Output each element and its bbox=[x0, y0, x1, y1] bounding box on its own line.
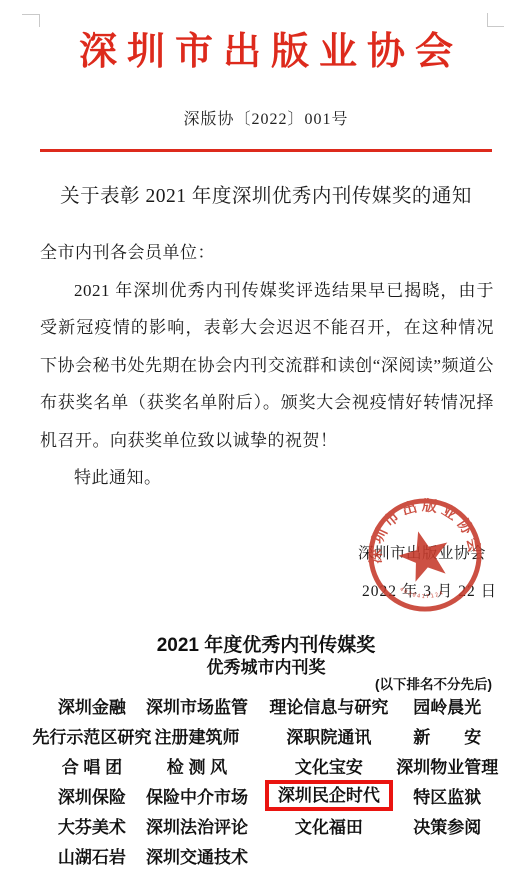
award-item-label: 决策参阅 bbox=[413, 818, 481, 837]
award-item: 山湖石岩 bbox=[58, 843, 126, 868]
award-item-label: 深职院通讯 bbox=[286, 728, 371, 747]
official-seal-stamp-icon: 深圳市出版业协会 4030417124 bbox=[366, 496, 484, 614]
award-item: 深圳民企时代 bbox=[265, 780, 393, 811]
award-item-label: 文化福田 bbox=[295, 818, 363, 837]
salutation: 全市内刊各会员单位： bbox=[40, 234, 494, 272]
award-item: 文化福田 bbox=[295, 813, 363, 838]
awards-winner-list: 深圳金融深圳市场监管理论信息与研究园岭晨光先行示范区研究注册建筑师深职院通讯新 … bbox=[45, 690, 492, 869]
award-item-label: 合 唱 团 bbox=[62, 758, 122, 777]
seal-serial-number: 4030417124 bbox=[398, 586, 445, 600]
organization-title: 深圳市出版业协会 bbox=[0, 20, 532, 75]
body-paragraph: 2021 年深圳优秀内刊传媒奖评选结果早已揭晓，由于受新冠疫情的影响，表彰大会迟… bbox=[40, 272, 494, 460]
award-item-label: 深圳物业管理 bbox=[396, 758, 498, 777]
award-item: 深圳金融 bbox=[58, 693, 126, 718]
award-item: 大芬美术 bbox=[58, 813, 126, 838]
award-item-label: 文化宝安 bbox=[295, 758, 363, 777]
award-item: 先行示范区研究 bbox=[32, 723, 151, 748]
award-item-label: 深圳市场监管 bbox=[146, 698, 248, 717]
document-number: 深版协〔2022〕001号 bbox=[0, 106, 532, 129]
award-item: 深职院通讯 bbox=[286, 723, 371, 748]
award-item-label: 注册建筑师 bbox=[154, 728, 239, 747]
notice-document-page: 深圳市出版业协会 深版协〔2022〕001号 关于表彰 2021 年度深圳优秀内… bbox=[0, 0, 532, 869]
award-item-label: 新 安 bbox=[413, 728, 481, 747]
award-item: 决策参阅 bbox=[413, 813, 481, 838]
award-item: 深圳市场监管 bbox=[146, 693, 248, 718]
award-item-label: 保险中介市场 bbox=[146, 788, 248, 807]
award-item: 保险中介市场 bbox=[146, 783, 248, 808]
award-item-label: 山湖石岩 bbox=[58, 848, 126, 867]
award-item-label: 先行示范区研究 bbox=[32, 728, 151, 747]
closing-line: 特此通知。 bbox=[40, 459, 494, 497]
award-item-label: 大芬美术 bbox=[58, 818, 126, 837]
award-item: 文化宝安 bbox=[295, 753, 363, 778]
notice-title: 关于表彰 2021 年度深圳优秀内刊传媒奖的通知 bbox=[0, 180, 532, 208]
award-item: 深圳法治评论 bbox=[146, 813, 248, 838]
red-divider-line bbox=[40, 149, 492, 152]
award-item: 深圳保险 bbox=[58, 783, 126, 808]
award-item-label: 深圳交通技术 bbox=[146, 848, 248, 867]
award-item-label: 深圳法治评论 bbox=[146, 818, 248, 837]
award-item: 深圳交通技术 bbox=[146, 843, 248, 868]
award-item-highlighted: 深圳民企时代 bbox=[265, 780, 393, 811]
award-item-label: 深圳保险 bbox=[58, 788, 126, 807]
award-item: 新 安 bbox=[413, 723, 481, 748]
award-item: 合 唱 团 bbox=[62, 753, 122, 778]
seal-star-icon bbox=[394, 525, 455, 584]
award-item-label: 理论信息与研究 bbox=[269, 698, 388, 717]
award-item: 理论信息与研究 bbox=[269, 693, 388, 718]
award-item: 园岭晨光 bbox=[413, 693, 481, 718]
award-item-label: 园岭晨光 bbox=[413, 698, 481, 717]
notice-body: 全市内刊各会员单位： 2021 年深圳优秀内刊传媒奖评选结果早已揭晓，由于受新冠… bbox=[40, 234, 494, 497]
award-item-label: 特区监狱 bbox=[413, 788, 481, 807]
award-item-label: 深圳金融 bbox=[58, 698, 126, 717]
award-item: 检 测 风 bbox=[167, 753, 227, 778]
award-item: 深圳物业管理 bbox=[396, 753, 498, 778]
award-item-label: 检 测 风 bbox=[167, 758, 227, 777]
award-item: 注册建筑师 bbox=[154, 723, 239, 748]
award-item: 特区监狱 bbox=[413, 783, 481, 808]
